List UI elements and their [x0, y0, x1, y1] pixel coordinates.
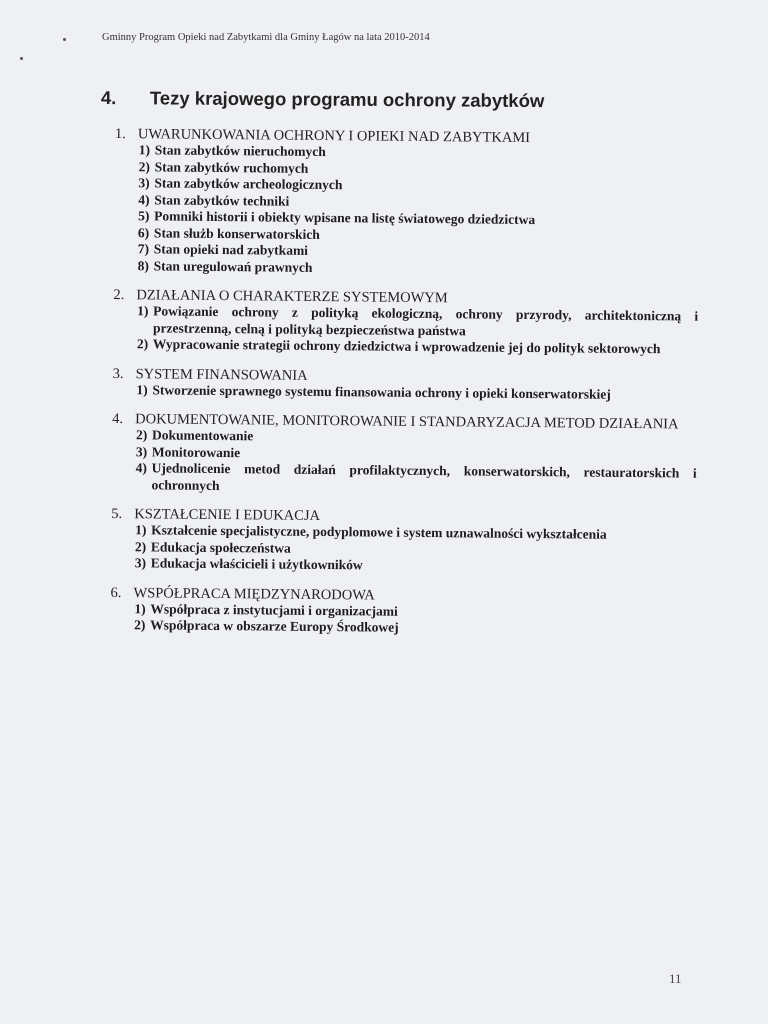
item-text: Ujednolicenie metod działań profilaktycz…	[151, 460, 696, 498]
chapter-number: 4.	[101, 87, 150, 109]
item-number: 3)	[138, 175, 154, 192]
item-list: 1)Powiązanie ochrony z polityką ekologic…	[137, 303, 698, 358]
item-number: 6)	[138, 225, 154, 242]
item-number: 5)	[138, 208, 154, 225]
section-heading-text: KSZTAŁCENIE I EDUKACJA	[134, 506, 320, 524]
section: 1.UWARUNKOWANIA OCHRONY I OPIEKI NAD ZAB…	[114, 126, 700, 280]
item-text: Powiązanie ochrony z polityką ekologiczn…	[153, 303, 698, 341]
chapter-title-text: Tezy krajowego programu ochrony zabytków	[150, 87, 545, 111]
chapter-title: 4.Tezy krajowego programu ochrony zabytk…	[101, 87, 545, 112]
item-number: 4)	[135, 460, 151, 493]
item-number: 1)	[136, 382, 152, 399]
list-item: 1)Powiązanie ochrony z polityką ekologic…	[137, 303, 698, 341]
item-number: 2)	[137, 336, 153, 353]
document-page: Gminny Program Opieki nad Zabytkami dla …	[0, 0, 768, 1024]
scan-speck	[63, 38, 66, 41]
item-number: 3)	[136, 444, 152, 461]
item-list: 1)Kształcenie specjalistyczne, podyplomo…	[135, 522, 696, 577]
item-number: 2)	[136, 427, 152, 444]
scan-speck	[20, 57, 23, 60]
section: 2.DZIAŁANIA O CHARAKTERZE SYSTEMOWYM1)Po…	[113, 287, 699, 358]
item-number: 3)	[135, 555, 151, 572]
section-number: 1.	[115, 126, 138, 142]
page-number: 11	[669, 971, 682, 987]
item-number: 1)	[135, 522, 151, 539]
item-number: 1)	[139, 142, 155, 159]
section-number: 4.	[112, 411, 135, 427]
item-number: 1)	[137, 303, 153, 336]
item-number: 8)	[138, 258, 154, 275]
item-number: 2)	[139, 159, 155, 176]
item-list: 1)Stan zabytków nieruchomych2)Stan zabyt…	[138, 142, 700, 279]
item-number: 2)	[135, 539, 151, 556]
section-number: 2.	[113, 287, 136, 303]
item-number: 7)	[138, 241, 154, 258]
section-list: 1.UWARUNKOWANIA OCHRONY I OPIEKI NAD ZAB…	[110, 126, 700, 652]
section: 6.WSPÓŁPRACA MIĘDZYNARODOWA1)Współpraca …	[110, 584, 695, 639]
section: 3.SYSTEM FINANSOWANIA1)Stworzenie sprawn…	[112, 365, 697, 403]
section: 5.KSZTAŁCENIE I EDUKACJA1)Kształcenie sp…	[111, 506, 697, 577]
section-heading-text: SYSTEM FINANSOWANIA	[136, 366, 308, 384]
running-header: Gminny Program Opieki nad Zabytkami dla …	[102, 32, 430, 43]
section-number: 6.	[110, 584, 133, 600]
item-list: 1)Współpraca z instytucjami i organizacj…	[134, 601, 695, 639]
list-item: 4)Ujednolicenie metod działań profilakty…	[135, 460, 696, 498]
item-number: 4)	[138, 192, 154, 209]
section-number: 5.	[111, 506, 134, 522]
item-list: 2)Dokumentowanie3)Monitorowanie4)Ujednol…	[135, 427, 697, 498]
section-number: 3.	[113, 365, 136, 381]
item-number: 1)	[134, 601, 150, 618]
item-number: 2)	[134, 617, 150, 634]
section: 4.DOKUMENTOWANIE, MONITOROWANIE I STANDA…	[111, 411, 697, 499]
